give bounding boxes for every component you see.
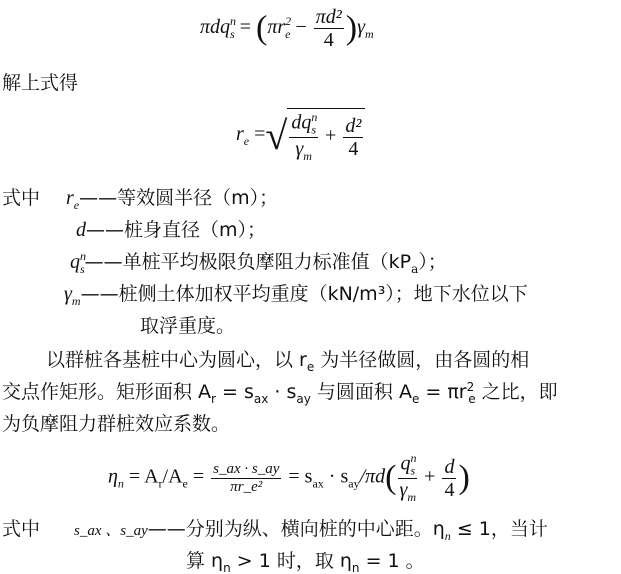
eq3-f1-den-sub: m [407, 490, 416, 504]
desc-q-end: ）； [418, 251, 447, 273]
para-l1: 以群桩各基桩中心为圆心，以 r [46, 349, 307, 371]
para-l2f: 之比，即 [476, 381, 558, 403]
where2-l2b: > 1 时，取 η [231, 550, 352, 572]
where1-item-q: qns——单桩平均极限负摩阻力标准值（kPa）； [70, 247, 447, 277]
where1-item-re: re——等效圆半径（m）； [66, 183, 278, 213]
eq3-p1: = A [124, 466, 159, 488]
para-l2b-sub: ax [254, 392, 268, 406]
eq1-fraction: πd²4 [314, 6, 344, 51]
symbol-re: r [66, 187, 74, 209]
desc-re: ——等效圆半径（m）； [79, 187, 278, 209]
eq2-equals: = [249, 123, 265, 145]
where2-desc: ——分别为纵、横向桩的中心距。η [148, 518, 445, 540]
eq2-frac2-den: 4 [343, 138, 363, 160]
eq3-f1-num: qns [398, 452, 417, 479]
eq1-gamma-sub: m [365, 27, 374, 41]
eq3-p2: /A [163, 466, 183, 488]
desc-q: ——单桩平均极限负摩阻力标准值（kP [85, 251, 411, 273]
where2-line2: 算 ηn > 1 时，取 ηn = 1 。 [186, 546, 425, 574]
desc-gamma-line2: 取浮重度。 [140, 311, 235, 338]
eq3-f2: d4 [442, 456, 456, 501]
eq3-p3: = [188, 466, 209, 488]
eq2-lhs: r [236, 123, 244, 145]
eq2-frac1: dqnsγm [289, 111, 318, 163]
where2-l2-sub: n [223, 561, 231, 574]
where2-symbols: s_ax 、s_ay [74, 523, 148, 539]
para-l2a: 交点作矩形。矩形面积 A [2, 381, 211, 403]
eq3-frac: s_ax · s_ayπr_e² [211, 461, 281, 495]
eq3-frac-den: πr_e² [211, 479, 281, 496]
eq3-f1-sub: s [410, 464, 415, 478]
eq3-p5: · s [324, 466, 348, 488]
equation-2: re =√dqnsγm + d²4 [236, 108, 365, 163]
symbol-gamma: γ [64, 283, 72, 305]
para-l2e-sub: e [468, 392, 475, 406]
paragraph-line1: 以群桩各基桩中心为圆心，以 re 为半径做圆，由各圆的相 [46, 345, 529, 374]
symbol-d: d [76, 219, 86, 241]
eq3-paren-close: ) [458, 459, 469, 496]
eq1-lhs: πdq [200, 16, 230, 38]
eq2-frac1-num: dqns [289, 111, 318, 138]
eq1-gamma: γ [357, 16, 365, 38]
sqrt-body: dqnsγm + d²4 [287, 108, 365, 163]
eq1-frac-den: 4 [314, 29, 344, 51]
symbol-gamma-sub: m [72, 294, 81, 308]
eq3-p4-sub: ax [312, 477, 323, 491]
eq1-term1: πr [267, 16, 285, 38]
eq3-paren-open: ( [385, 459, 396, 496]
eq2-frac1-num-text: dq [291, 112, 311, 134]
paragraph-line2: 交点作矩形。矩形面积 Ar = sax · say 与圆面积 Ae = πr2e… [2, 377, 558, 406]
eq1-paren-open: ( [256, 10, 267, 47]
eq3-p6: /πd [360, 466, 386, 488]
eq3-f2-num: d [442, 456, 456, 479]
where1-item-gamma: γm——桩侧土体加权平均重度（kN/m³）；地下水位以下 [64, 279, 528, 309]
where1-item-d: d——桩身直径（m）； [76, 215, 266, 242]
sqrt-icon: √ [265, 113, 287, 158]
paragraph-line3: 为负摩阻力群桩效应系数。 [2, 409, 230, 436]
where2-line1: s_ax 、s_ay——分别为纵、横向桩的中心距。ηn ≤ 1，当计 [74, 514, 548, 544]
eq3-f2-den: 4 [442, 479, 456, 501]
equation-1: πdqns = (πr2e − πd²4)γm [200, 6, 374, 51]
eq3-f1-den: γm [398, 479, 417, 504]
eq3-frac-num: s_ax · s_ay [211, 461, 281, 479]
where2-desc-end: ≤ 1，当计 [451, 518, 548, 540]
eq1-paren-close: ) [346, 10, 357, 47]
symbol-q: q [70, 251, 80, 273]
desc-d: ——桩身直径（m）； [86, 219, 266, 241]
para-l2e: = πr [419, 381, 466, 403]
eq3-eta: η [108, 466, 118, 488]
eq2-frac2-num: d² [343, 115, 363, 138]
eq3-plus: + [419, 466, 440, 488]
where1-label: 式中 [2, 183, 40, 210]
eq1-equals: = [235, 16, 256, 38]
para-l1-end: 为半径做圆，由各圆的相 [314, 349, 529, 371]
eq2-frac2: d²4 [343, 115, 363, 160]
where2-label: 式中 [2, 514, 40, 541]
equation-3: ηn = Ar/Ae = s_ax · s_ayπr_e² = sax · sa… [108, 452, 470, 504]
text-solve: 解上式得 [2, 68, 78, 95]
eq2-frac1-den: γm [289, 138, 318, 163]
where2-l2c: = 1 。 [360, 550, 425, 572]
where2-l2a: 算 η [186, 550, 223, 572]
eq2-frac1-sub: s [311, 123, 316, 137]
para-l2b: = s [216, 381, 254, 403]
eq2-plus: + [320, 125, 341, 147]
desc-gamma: ——桩侧土体加权平均重度（kN/m³）；地下水位以下 [81, 283, 528, 305]
eq3-p5-sub: ay [348, 477, 359, 491]
eq3-f1: qnsγm [398, 452, 417, 504]
eq3-f1-num-text: q [400, 453, 410, 475]
para-l2c: · s [268, 381, 296, 403]
eq1-minus: − [290, 16, 311, 38]
eq1-frac-num: πd² [314, 6, 344, 29]
para-l2c-sub: ay [296, 392, 310, 406]
para-l2d: 与圆面积 A [311, 381, 412, 403]
sqrt: √dqnsγm + d²4 [265, 108, 365, 163]
where2-l2-sub2: n [352, 561, 360, 574]
eq2-frac1-den-sub: m [303, 149, 312, 163]
eq3-p4: = s [283, 466, 312, 488]
